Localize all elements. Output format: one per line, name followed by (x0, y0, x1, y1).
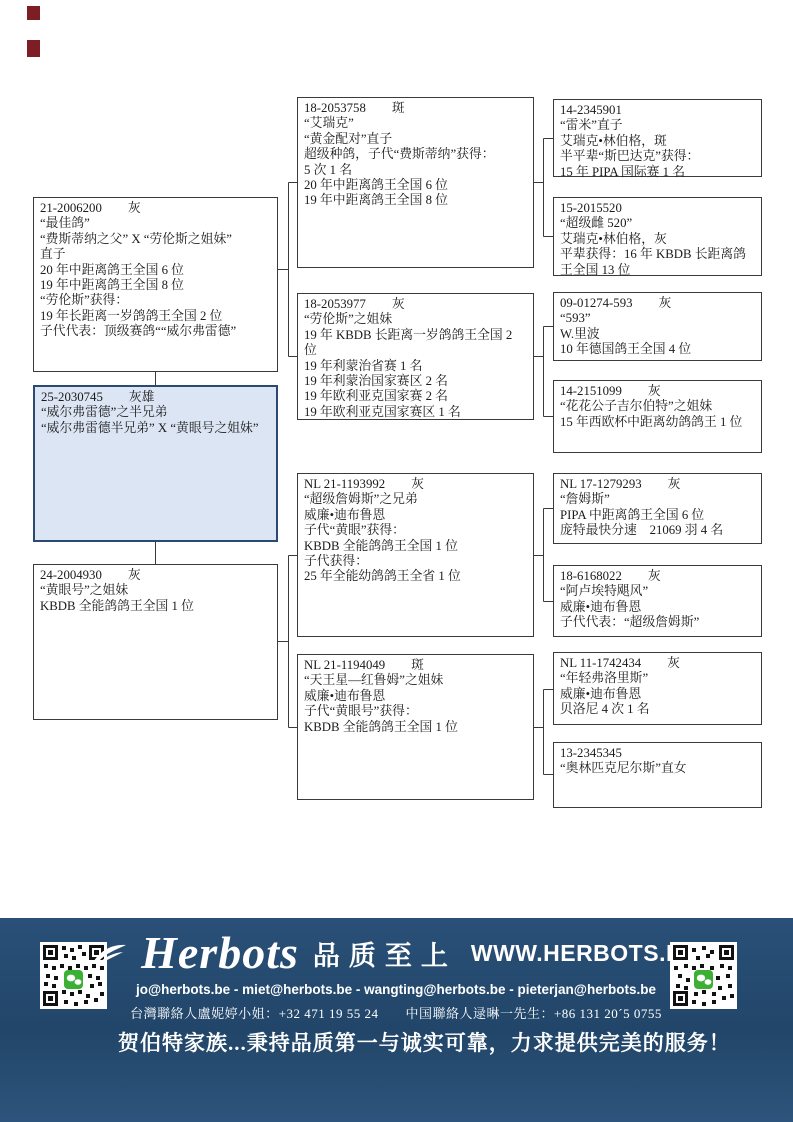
pedigree-box-dam: 24-2004930灰 “黄眼号”之姐妹KBDB 全能鸽鸽王全国 1 位 (33, 564, 278, 720)
box-details: “天王星—红鲁姆”之姐妹威廉•迪布鲁恩子代“黄眼号”获得：KBDB 全能鸽鸽王全… (304, 673, 527, 735)
footer-website: WWW.HERBOTS.BE (471, 940, 699, 967)
ring-number: 13-2345345 (560, 746, 622, 760)
color-label: 灰 (128, 201, 141, 215)
pedigree-box-ggp-3: 09-01274-593灰 “593”W.里波10 年德国鸽王全国 4 位 (553, 292, 762, 361)
detail-line: 15 年 PIPA 国际赛 1 名 (560, 165, 755, 180)
detail-line: 20 年中距离鸽王全国 6 位 (304, 178, 527, 193)
box-details: “花花公子吉尔伯特”之姐妹15 年西欧杯中距离幼鸽鸽王 1 位 (560, 399, 755, 430)
detail-line: 19 年中距离鸽王全国 8 位 (40, 278, 271, 293)
box-header: NL 17-1279293灰 (560, 477, 755, 492)
detail-line: “黄金配对”直子 (304, 132, 527, 147)
detail-line: “超级雌 520” (560, 216, 755, 231)
detail-line: 20 年中距离鸽王全国 6 位 (40, 263, 271, 278)
detail-line: 子代获得： (304, 554, 527, 569)
color-label: 灰 (659, 296, 672, 310)
detail-line: “费斯蒂纳之父” X “劳伦斯之姐妹” (40, 232, 271, 247)
color-label: 灰 (648, 569, 661, 583)
footer-center: Herbots 品质至上 WWW.HERBOTS.BE jo@herbots.b… (118, 926, 674, 1057)
color-label: 灰 (667, 656, 680, 670)
box-details: “奥林匹克尼尔斯”直女 (560, 761, 755, 776)
detail-line: KBDB 全能鸽鸽王全国 1 位 (304, 539, 527, 554)
box-details: “593”W.里波10 年德国鸽王全国 4 位 (560, 311, 755, 357)
detail-line: 子代“黄眼号”获得： (304, 704, 527, 719)
pedigree-box-ggp-4: 14-2151099灰 “花花公子吉尔伯特”之姐妹15 年西欧杯中距离幼鸽鸽王 … (553, 380, 762, 453)
color-label: 灰 (668, 477, 681, 491)
detail-line: “593” (560, 311, 755, 326)
box-header: 25-2030745灰雄 (41, 390, 270, 405)
color-label: 灰 (411, 477, 424, 491)
detail-line: 贝洛尼 4 次 1 名 (560, 702, 755, 717)
pedigree-box-subject: 25-2030745灰雄 “威尔弗雷德”之半兄弟“威尔弗雷德半兄弟” X “黄眼… (33, 385, 278, 542)
herbots-logo: Herbots (141, 930, 299, 976)
box-header: 18-6168022灰 (560, 569, 755, 584)
detail-line: “黄眼号”之姐妹 (40, 583, 271, 598)
detail-line: 艾瑞克•林伯格，灰 (560, 232, 755, 247)
box-details: “超级詹姆斯”之兄弟威廉•迪布鲁恩子代“黄眼”获得：KBDB 全能鸽鸽王全国 1… (304, 492, 527, 584)
red-stamp-bottom (27, 40, 40, 57)
ring-number: NL 21-1193992 (304, 477, 385, 491)
detail-line: 19 年长距离一岁鸽鸽王全国 2 位 (40, 309, 271, 324)
detail-line: 威廉•迪布鲁恩 (304, 508, 527, 523)
box-details: “黄眼号”之姐妹KBDB 全能鸽鸽王全国 1 位 (40, 583, 271, 614)
pedigree-box-ggp-1: 14-2345901 “雷米”直子艾瑞克•林伯格，斑半平辈“斯巴达克”获得：15… (553, 99, 762, 177)
qr-code-right (670, 942, 737, 1009)
footer-banner: Herbots 品质至上 WWW.HERBOTS.BE jo@herbots.b… (0, 918, 793, 1122)
detail-line: “天王星—红鲁姆”之姐妹 (304, 673, 527, 688)
ring-number: 15-2015520 (560, 201, 622, 215)
box-header: 21-2006200灰 (40, 201, 271, 216)
detail-line: “奥林匹克尼尔斯”直女 (560, 761, 755, 776)
detail-line: 25 年全能幼鸽鸽王全省 1 位 (304, 569, 527, 584)
color-label: 灰雄 (129, 390, 155, 404)
detail-line: 19 年利蒙治省赛 1 名 (304, 359, 527, 374)
ring-number: 09-01274-593 (560, 296, 633, 310)
ring-number: 14-2151099 (560, 384, 622, 398)
box-header: 13-2345345 (560, 746, 755, 761)
detail-line: 15 年西欧杯中距离幼鸽鸽王 1 位 (560, 415, 755, 430)
detail-line: 子代代表：“超级詹姆斯” (560, 615, 755, 630)
box-header: 18-2053977灰 (304, 297, 527, 312)
footer-contacts: 台灣聯絡人盧妮婷小姐：+32 471 19 55 24 中国聯絡人逯晽一先生：+… (118, 1003, 674, 1022)
detail-line: “阿卢埃特飓风” (560, 584, 755, 599)
pedigree-box-ggp-8: 13-2345345 “奥林匹克尼尔斯”直女 (553, 742, 762, 808)
pedigree-box-ggp-6: 18-6168022灰 “阿卢埃特飓风”威廉•迪布鲁恩子代代表：“超级詹姆斯” (553, 565, 762, 637)
pedigree-box-ggp-5: NL 17-1279293灰 “詹姆斯”PIPA 中距离鸽王全国 6 位庞特最快… (553, 473, 762, 544)
detail-line: 艾瑞克•林伯格，斑 (560, 134, 755, 149)
detail-line: W.里波 (560, 327, 755, 342)
box-details: “最佳鸽”“费斯蒂纳之父” X “劳伦斯之姐妹”直子20 年中距离鸽王全国 6 … (40, 216, 271, 339)
detail-line: “威尔弗雷德”之半兄弟 (41, 405, 270, 420)
detail-line: “艾瑞克” (304, 116, 527, 131)
box-header: 24-2004930灰 (40, 568, 271, 583)
ring-number: NL 17-1279293 (560, 477, 642, 491)
ring-number: 14-2345901 (560, 103, 622, 117)
detail-line: 半平辈“斯巴达克”获得： (560, 149, 755, 164)
pedigree-box-ggp-2: 15-2015520 “超级雌 520”艾瑞克•林伯格，灰平辈获得：16 年 K… (553, 197, 762, 276)
pedigree-box-dam-dam: NL 21-1194049斑 “天王星—红鲁姆”之姐妹威廉•迪布鲁恩子代“黄眼号… (297, 654, 534, 800)
detail-line: 子代代表：顶级赛鸽““威尔弗雷德” (40, 324, 271, 339)
box-header: NL 11-1742434灰 (560, 656, 755, 671)
box-details: “超级雌 520”艾瑞克•林伯格，灰平辈获得：16 年 KBDB 长距离鸽王全国… (560, 216, 755, 278)
box-header: 14-2345901 (560, 103, 755, 118)
color-label: 斑 (411, 658, 424, 672)
detail-line: “年轻弗洛里斯” (560, 671, 755, 686)
footer-slogan: 品质至上 (313, 934, 457, 973)
detail-line: “花花公子吉尔伯特”之姐妹 (560, 399, 755, 414)
ring-number: 18-2053758 (304, 101, 366, 115)
ring-number: 21-2006200 (40, 201, 102, 215)
detail-line: 直子 (40, 247, 271, 262)
box-header: 09-01274-593灰 (560, 296, 755, 311)
ring-number: 25-2030745 (41, 390, 103, 404)
ring-number: 18-2053977 (304, 297, 366, 311)
detail-line: 5 次 1 名 (304, 163, 527, 178)
box-header: NL 21-1194049斑 (304, 658, 527, 673)
box-details: “雷米”直子艾瑞克•林伯格，斑半平辈“斯巴达克”获得：15 年 PIPA 国际赛… (560, 118, 755, 180)
detail-line: 19 年欧利亚克国家赛区 1 名 (304, 405, 527, 420)
footer-emails: jo@herbots.be - miet@herbots.be - wangti… (118, 982, 674, 997)
detail-line: 威廉•迪布鲁恩 (304, 689, 527, 704)
box-details: “年轻弗洛里斯”威廉•迪布鲁恩贝洛尼 4 次 1 名 (560, 671, 755, 717)
feather-icon (93, 942, 127, 964)
red-stamp-top (27, 6, 40, 20)
footer-tagline: 贺伯特家族...秉持品质第一与诚实可靠，力求提供完美的服务！ (118, 1027, 674, 1057)
box-details: “阿卢埃特飓风”威廉•迪布鲁恩子代代表：“超级詹姆斯” (560, 584, 755, 630)
detail-line: KBDB 全能鸽鸽王全国 1 位 (304, 720, 527, 735)
detail-line: “劳伦斯”之姐妹 (304, 312, 527, 327)
box-header: 14-2151099灰 (560, 384, 755, 399)
box-header: NL 21-1193992灰 (304, 477, 527, 492)
detail-line: 庞特最快分速 21069 羽 4 名 (560, 523, 755, 538)
detail-line: “超级詹姆斯”之兄弟 (304, 492, 527, 507)
color-label: 斑 (392, 101, 405, 115)
detail-line: KBDB 全能鸽鸽王全国 1 位 (40, 599, 271, 614)
box-details: “威尔弗雷德”之半兄弟“威尔弗雷德半兄弟” X “黄眼号之姐妹” (41, 405, 270, 436)
detail-line: “威尔弗雷德半兄弟” X “黄眼号之姐妹” (41, 421, 270, 436)
ring-number: NL 21-1194049 (304, 658, 385, 672)
ring-number: NL 11-1742434 (560, 656, 641, 670)
detail-line: “詹姆斯” (560, 492, 755, 507)
detail-line: 19 年欧利亚克国家赛 2 名 (304, 389, 527, 404)
color-label: 灰 (648, 384, 661, 398)
qr-code-graphic (672, 944, 735, 1007)
detail-line: PIPA 中距离鸽王全国 6 位 (560, 508, 755, 523)
detail-line: 威廉•迪布鲁恩 (560, 687, 755, 702)
detail-line: 子代“黄眼”获得： (304, 523, 527, 538)
detail-line: “雷米”直子 (560, 118, 755, 133)
detail-line: “劳伦斯”获得： (40, 293, 271, 308)
color-label: 灰 (392, 297, 405, 311)
detail-line: 19 年 KBDB 长距离一岁鸽鸽王全国 2 位 (304, 328, 527, 359)
detail-line: 平辈获得：16 年 KBDB 长距离鸽王全国 13 位 (560, 247, 755, 278)
ring-number: 18-6168022 (560, 569, 622, 583)
box-details: “艾瑞克”“黄金配对”直子超级种鸽，子代“费斯蒂纳”获得：5 次 1 名20 年… (304, 116, 527, 208)
pedigree-box-dam-sire: NL 21-1193992灰 “超级詹姆斯”之兄弟威廉•迪布鲁恩子代“黄眼”获得… (297, 473, 534, 637)
ring-number: 24-2004930 (40, 568, 102, 582)
box-header: 18-2053758斑 (304, 101, 527, 116)
pedigree-box-ggp-7: NL 11-1742434灰 “年轻弗洛里斯”威廉•迪布鲁恩贝洛尼 4 次 1 … (553, 652, 762, 725)
detail-line: “最佳鸽” (40, 216, 271, 231)
pedigree-box-sire-dam: 18-2053977灰 “劳伦斯”之姐妹19 年 KBDB 长距离一岁鸽鸽王全国… (297, 293, 534, 420)
detail-line: 10 年德国鸽王全国 4 位 (560, 342, 755, 357)
box-details: “詹姆斯”PIPA 中距离鸽王全国 6 位庞特最快分速 21069 羽 4 名 (560, 492, 755, 538)
pedigree-page: 21-2006200灰 “最佳鸽”“费斯蒂纳之父” X “劳伦斯之姐妹”直子20… (0, 0, 793, 1122)
color-label: 灰 (128, 568, 141, 582)
detail-line: 19 年中距离鸽王全国 8 位 (304, 193, 527, 208)
pedigree-box-sire-sire: 18-2053758斑 “艾瑞克”“黄金配对”直子超级种鸽，子代“费斯蒂纳”获得… (297, 97, 534, 268)
brand-row: Herbots 品质至上 WWW.HERBOTS.BE (118, 926, 674, 980)
box-header: 15-2015520 (560, 201, 755, 216)
pedigree-box-sire: 21-2006200灰 “最佳鸽”“费斯蒂纳之父” X “劳伦斯之姐妹”直子20… (33, 197, 278, 372)
detail-line: 超级种鸽，子代“费斯蒂纳”获得： (304, 147, 527, 162)
box-details: “劳伦斯”之姐妹19 年 KBDB 长距离一岁鸽鸽王全国 2 位19 年利蒙治省… (304, 312, 527, 420)
detail-line: 威廉•迪布鲁恩 (560, 600, 755, 615)
detail-line: 19 年利蒙治国家赛区 2 名 (304, 374, 527, 389)
